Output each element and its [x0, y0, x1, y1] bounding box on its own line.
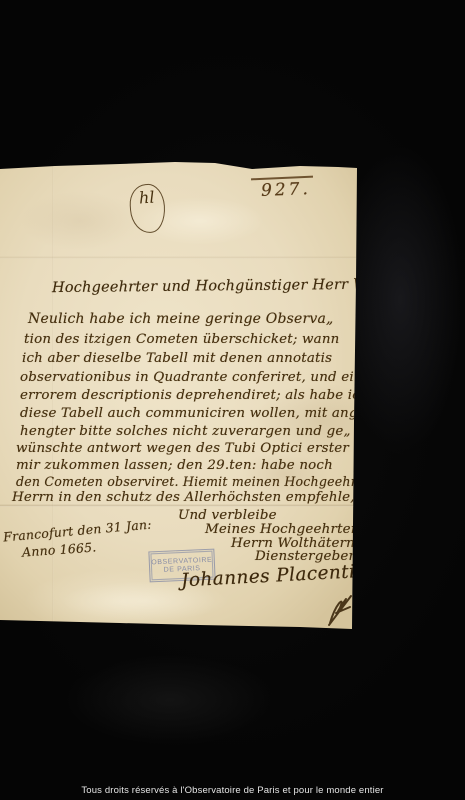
scan-black-background: hl 927. Hochgeehrter und Hochgünstiger H… — [0, 0, 465, 800]
body-line: errorem descriptionis deprehendiret; als… — [20, 388, 369, 403]
copyright-caption: Tous droits réservés à l'Observatoire de… — [0, 785, 465, 796]
fold-crease — [0, 256, 358, 259]
body-line: Neulich habe ich meine geringe Observa„ — [28, 311, 334, 327]
monogram-mark: hl — [128, 183, 166, 234]
body-line: hengter bitte solches nicht zuverargen u… — [20, 424, 351, 439]
body-line: wünschte antwort wegen des Tubi Optici e… — [16, 441, 349, 456]
body-line: observationibus in Quadrante conferiret,… — [20, 370, 384, 385]
closing-line: Und verbleibe — [178, 508, 277, 523]
signature-paraph-flourish — [326, 593, 354, 627]
folio-number: 927. — [261, 179, 312, 201]
body-line: tion des itzigen Cometen überschicket; w… — [24, 332, 340, 347]
paper-stain — [20, 191, 140, 251]
monogram-letters: hl — [138, 188, 155, 208]
salutation-line: Hochgeehrter und Hochgünstiger Herr Wolt… — [52, 276, 446, 299]
body-line: Herrn in den schutz des Allerhöchsten em… — [12, 490, 355, 505]
manuscript-paper: hl 927. Hochgeehrter und Hochgünstiger H… — [0, 161, 358, 631]
body-line: mir zukommen lassen; den 29.ten: habe no… — [16, 458, 333, 473]
body-line: den Cometen observiret. Hiemit meinen Ho… — [16, 474, 378, 489]
closing-line: Dienstergebener — [255, 549, 372, 564]
body-line: diese Tabell auch communiciren wollen, m… — [20, 406, 373, 421]
salutation-suffix: etc: — [429, 285, 446, 295]
dateline-year: Anno 1665. — [22, 539, 97, 559]
closing-line: Meines Hochgeehrten — [205, 522, 360, 537]
body-line: ich aber dieselbe Tabell mit denen annot… — [22, 351, 332, 366]
